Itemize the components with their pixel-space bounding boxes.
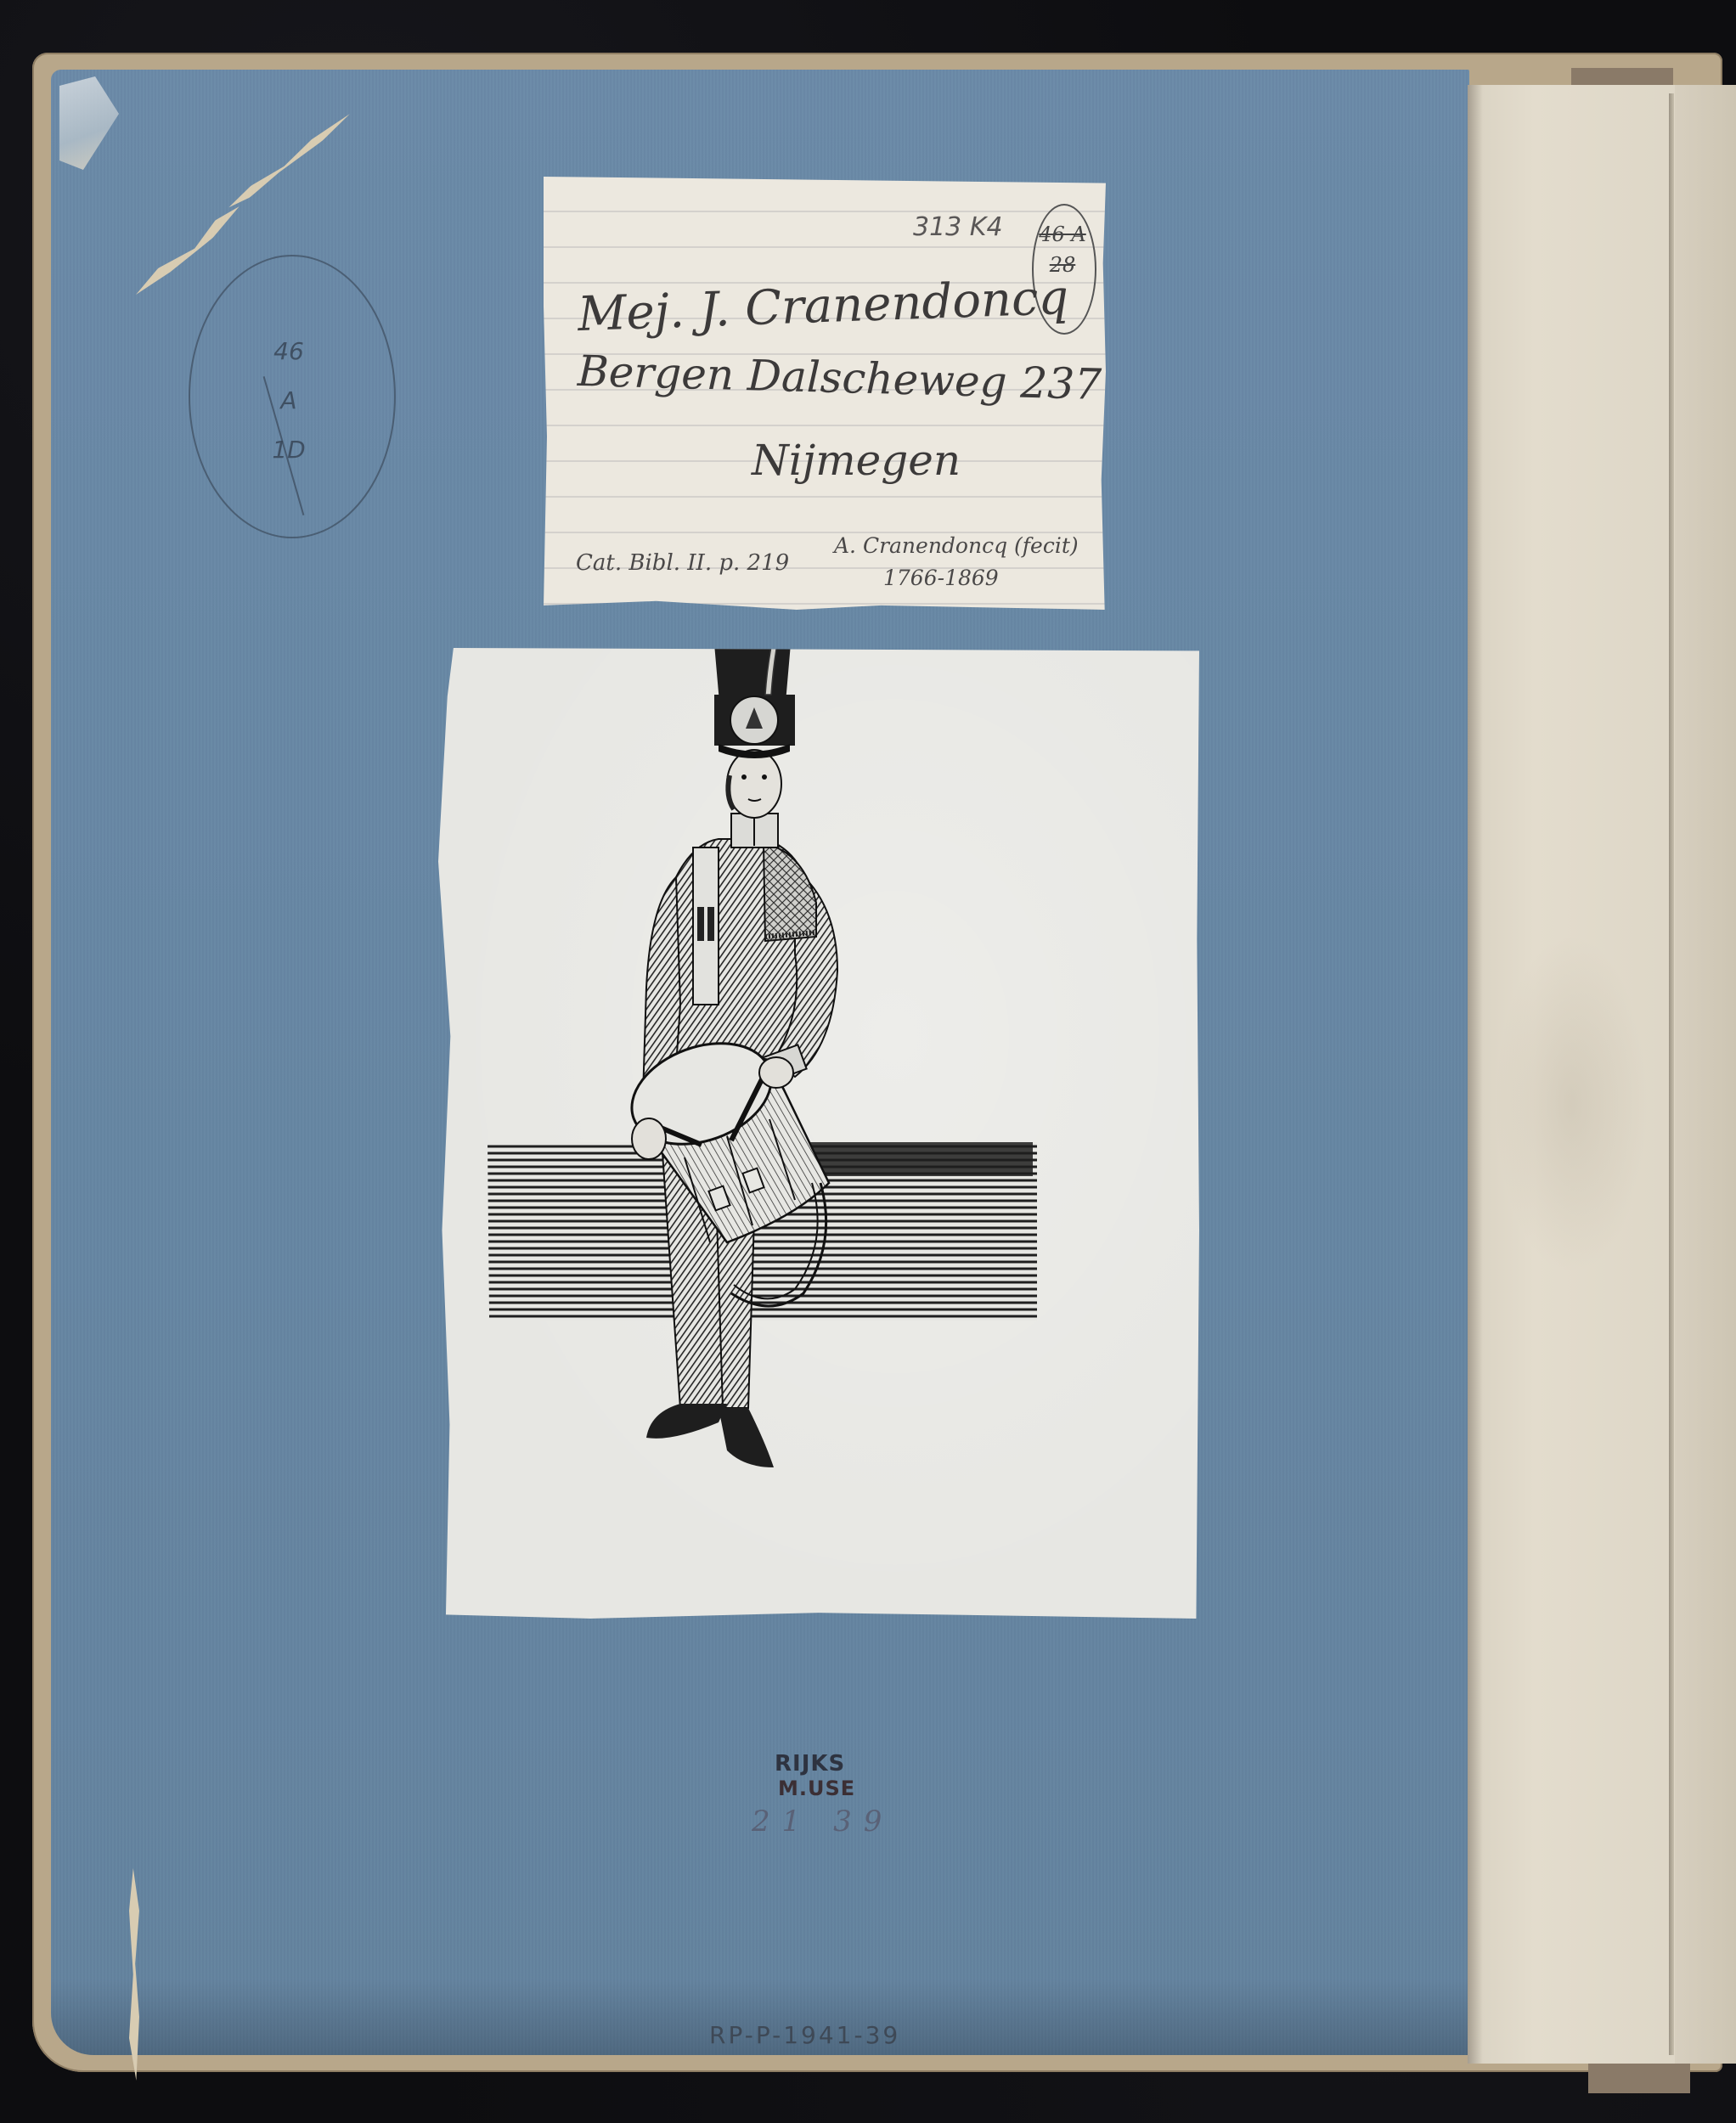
pencil-line: 1D: [255, 425, 323, 475]
mounted-print: [438, 648, 1199, 1619]
note-address-name: Mej. J. Cranendoncq: [577, 270, 1069, 342]
collection-stamp-line2: M.USE: [778, 1777, 855, 1800]
note-address-city: Nijmegen: [752, 436, 961, 485]
note-address-street: Bergen Dalscheweg 237: [577, 346, 1102, 409]
water-stain: [1495, 934, 1648, 1274]
spine-cloth: [1588, 2064, 1690, 2093]
pencil-number: 21 39: [752, 1805, 893, 1839]
flyleaf-shadow: [1468, 85, 1483, 2064]
inventory-number: RP-P-1941-39: [709, 2021, 900, 2049]
collection-stamp-line1: RIJKS: [775, 1751, 845, 1777]
pencil-line: A: [255, 376, 323, 425]
handwritten-note-card: 313 K4 46 A 28 Mej. J. Cranendoncq Berge…: [544, 177, 1106, 610]
drummer-illustration: [438, 648, 1199, 1619]
flyleaf-fold: [1669, 93, 1674, 2055]
flyleaf-edge: [1675, 85, 1736, 2064]
pencil-line: 46: [255, 327, 323, 376]
note-artist: A. Cranendoncq (fecit): [834, 533, 1079, 558]
note-catalogue-reference: Cat. Bibl. II. p. 219: [576, 550, 789, 576]
note-reference: 313 K4: [913, 212, 1003, 242]
note-artist-years: 1766-1869: [883, 566, 999, 590]
pencil-oval-text: 46 A 1D: [255, 327, 323, 475]
